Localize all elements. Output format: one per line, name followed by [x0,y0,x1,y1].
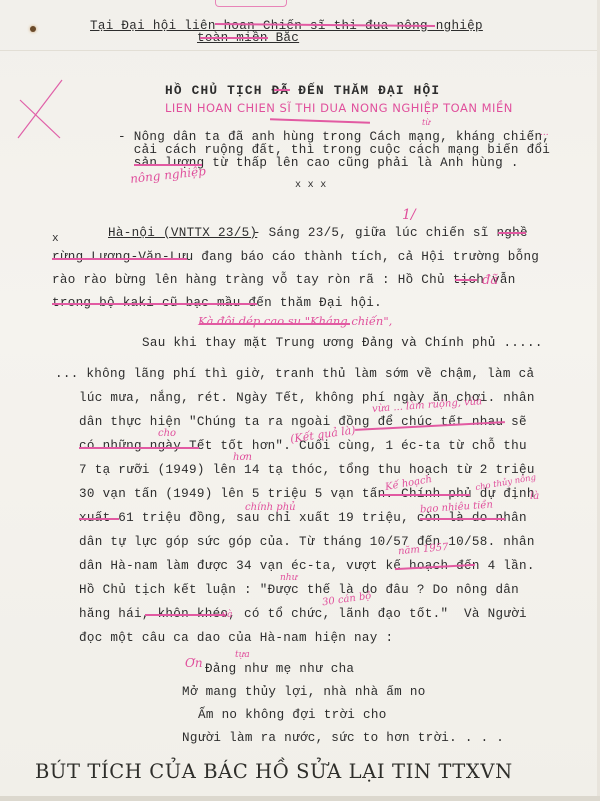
para2: Sau khi thay mặt Trung ương Đảng và Chín… [142,336,543,350]
strike-nghe [498,232,526,234]
poem-line-2: Mở mang thủy lợi, nhà nhà ấm no [182,685,426,699]
annotation-la: là [530,491,539,502]
document-page: Tại Đại hội liên hoan Chiến sĩ thi đua n… [0,0,600,801]
para3-line-9: dân Hà-nam làm được 34 vạn éc-ta, vượt k… [79,559,535,573]
strike-van [455,279,477,281]
paper-hole [30,26,36,32]
poem-line-3: Ấm no không đợi trời cho [198,708,387,722]
para3-line-10: Hồ Chủ tịch kết luận : "Được thế là do đ… [79,583,519,597]
strike-header-2 [200,37,268,39]
strike-xuat [79,518,119,520]
cross-mark-icon [14,78,69,140]
strike-kaki [52,303,257,305]
strike-la-do-nhan [420,518,505,520]
para1-line-2: rừng Lương-Văn-Lưu đang báo cáo thành tí… [52,250,539,264]
annotation-chinh-phu: chính phủ [245,502,296,513]
dateline: Hà-nội (VNTTX 23/5) [108,226,257,240]
epigraph-line-1: - Nông dân ta đã anh hùng trong Cách mạn… [118,130,550,144]
annotation-tua: tựa [235,650,250,660]
strike-khon-kheo [145,614,225,616]
annotation-insert: 1/ [402,207,416,223]
para1-line-3: rào rào bừng lên hàng tràng vỗ tay ròn r… [52,273,516,287]
underline-annotation [270,118,370,123]
poem-line-1: Đảng như mẹ như cha [205,662,354,676]
strike-annotation [200,323,350,325]
annotation-margin: ... [540,128,549,138]
margin-x: x [52,233,59,245]
annotation-da: đã [482,273,498,288]
page-title: HỒ CHỦ TỊCH ĐÃ ĐẾN THĂM ĐẠI HỘI [165,83,440,98]
epigraph-line-2: cải cách ruộng đất, thì trong cuộc cách … [118,143,550,157]
strike-chinh-phu [380,494,470,496]
para3-line-12: đọc một câu ca dao của Hà-nam hiện nay : [79,631,393,645]
poem-line-4: Người làm ra nước, sức to hơn trời. . . … [182,731,504,745]
annotation-tu: từ [422,118,430,127]
paper-edge-bottom [0,796,600,801]
strike-da [274,89,290,91]
annotation-hon: hơn [233,452,252,463]
caption: BÚT TÍCH CỦA BÁC HỒ SỬA LẠI TIN TTXVN [35,760,513,783]
strike-nhung-ngay [79,447,199,449]
title-annotation: LIEN HOAN CHIEN SĨ THI DUA NONG NGHIỆP T… [165,101,513,115]
strike-luong-van-luu [52,258,187,260]
para3-line-8: dân tự lực góp sức góp của. Từ tháng 10/… [79,535,535,549]
para1-line-1: - Sáng 23/5, giữa lúc chiến sĩ nghề [245,226,528,240]
annotation-dep-cao-su: Kà đôi dép cao su "Kháng chiến", [198,314,392,328]
stamp-mark [215,0,287,7]
separator: x x x [295,180,327,191]
para3-line-3: dân thực hiện "Chúng ta ra ngoài đồng để… [79,415,527,429]
annotation-va: và [222,610,232,620]
para3-line-1: ... không lãng phí thì giờ, tranh thủ là… [55,367,534,381]
para3-line-5: 7 tạ rưỡi (1949) lên 14 tạ thóc, tổng th… [79,463,535,477]
annotation-nhu: như [280,573,297,583]
annotation-on: Ơn [185,656,203,670]
paper-fold [0,50,600,51]
annotation-cho: cho [158,428,176,439]
